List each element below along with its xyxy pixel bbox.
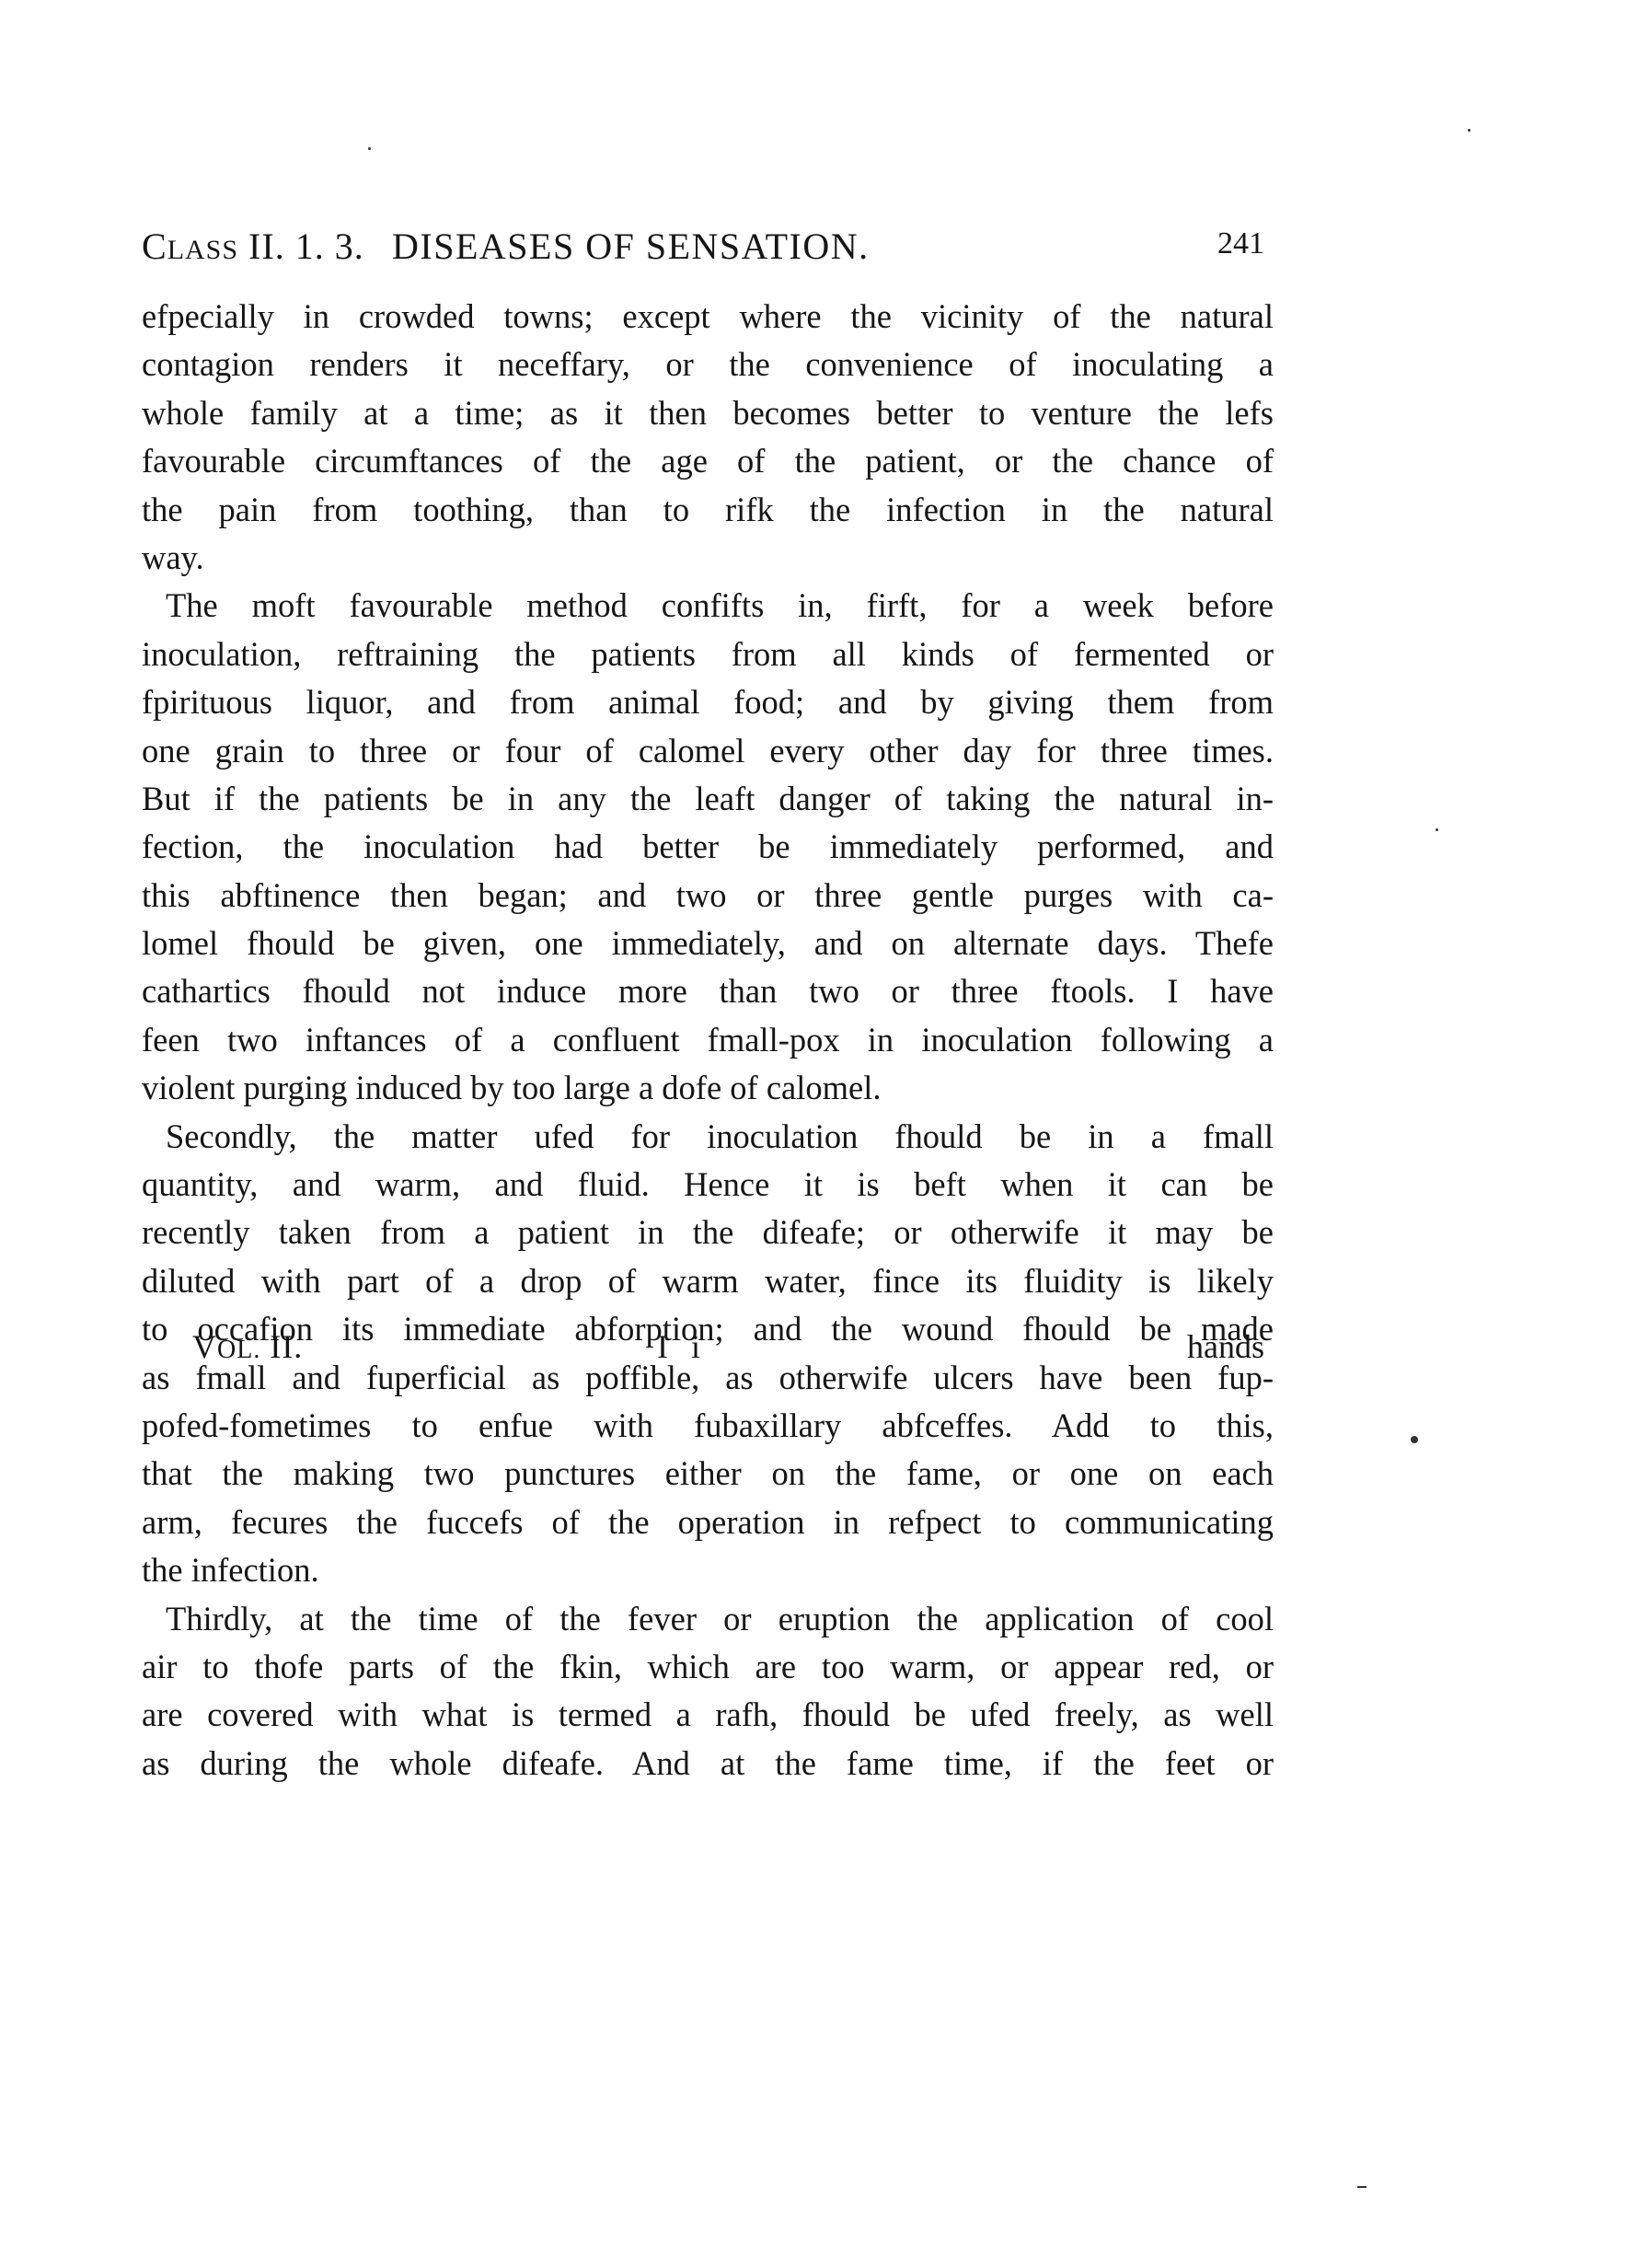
text-line: efpecially in crowded towns; except wher… [142, 293, 1274, 341]
volume-label: VOL. II. [192, 1327, 303, 1366]
text-line: that the making two punctures either on … [142, 1450, 1274, 1498]
text-line: the pain from toothing, than to rifk the… [142, 486, 1274, 534]
volume-initial: V [192, 1328, 217, 1365]
body-text: efpecially in crowded towns; except wher… [142, 293, 1274, 1788]
text-line: The moft favourable method confifts in, … [142, 582, 1274, 630]
text-line: one grain to three or four of calomel ev… [142, 727, 1274, 775]
text-line: But if the patients be in any the leaft … [142, 775, 1274, 823]
text-line: way. [142, 534, 1274, 582]
signature-mark: I i [657, 1327, 708, 1366]
text-line: arm, fecures the fuccefs of the operatio… [142, 1498, 1274, 1546]
text-line: lomel fhould be given, one immediately, … [142, 920, 1274, 967]
text-line: violent purging induced by too large a d… [142, 1064, 1274, 1112]
text-line: as during the whole difeafe. And at the … [142, 1740, 1274, 1788]
volume-smallcaps: OL. [217, 1336, 260, 1364]
text-line: recently taken from a patient in the dif… [142, 1209, 1274, 1256]
page-footer: VOL. II. I i hands [142, 1327, 1274, 1373]
scan-speck [368, 147, 371, 150]
text-line: pofed-fometimes to enfue with fubaxillar… [142, 1402, 1274, 1450]
text-line: feen two inftances of a confluent fmall-… [142, 1016, 1274, 1064]
scan-speck [1357, 2186, 1366, 2188]
text-line: quantity, and warm, and fluid. Hence it … [142, 1161, 1274, 1209]
text-line: fection, the inoculation had better be i… [142, 823, 1274, 871]
text-line: this abftinence then began; and two or t… [142, 872, 1274, 920]
text-line: contagion renders it neceffary, or the c… [142, 341, 1274, 388]
text-line: air to thofe parts of the fkin, which ar… [142, 1643, 1274, 1691]
volume-number: II. [260, 1328, 303, 1365]
scan-speck [1411, 1436, 1418, 1443]
text-line: favourable circumftances of the age of t… [142, 437, 1274, 485]
class-reference: CLASS II. 1. 3. [142, 225, 364, 268]
class-label-smallcaps: LASS [167, 235, 238, 265]
page-number: 241 [1217, 226, 1264, 261]
text-line: Thirdly, at the time of the fever or eru… [142, 1595, 1274, 1643]
class-ref-number: II. 1. 3. [238, 226, 364, 267]
scan-speck [1468, 129, 1470, 132]
text-line: cathartics fhould not induce more than t… [142, 967, 1274, 1015]
catchword: hands [1187, 1327, 1264, 1366]
text-line: whole family at a time; as it then becom… [142, 389, 1274, 437]
text-line: are covered with what is termed a rafh, … [142, 1691, 1274, 1739]
text-line: Secondly, the matter ufed for inoculatio… [142, 1113, 1274, 1161]
text-line: fpirituous liquor, and from animal food;… [142, 678, 1274, 726]
text-line: inoculation, reftraining the patients fr… [142, 631, 1274, 678]
running-header: CLASS II. 1. 3. DISEASES OF SENSATION. 2… [142, 225, 1274, 276]
class-label-initial: C [142, 226, 167, 267]
scan-speck [1436, 828, 1438, 831]
text-line: diluted with part of a drop of warm wate… [142, 1257, 1274, 1305]
running-title: DISEASES OF SENSATION. [392, 225, 870, 268]
text-line: the infection. [142, 1546, 1274, 1594]
